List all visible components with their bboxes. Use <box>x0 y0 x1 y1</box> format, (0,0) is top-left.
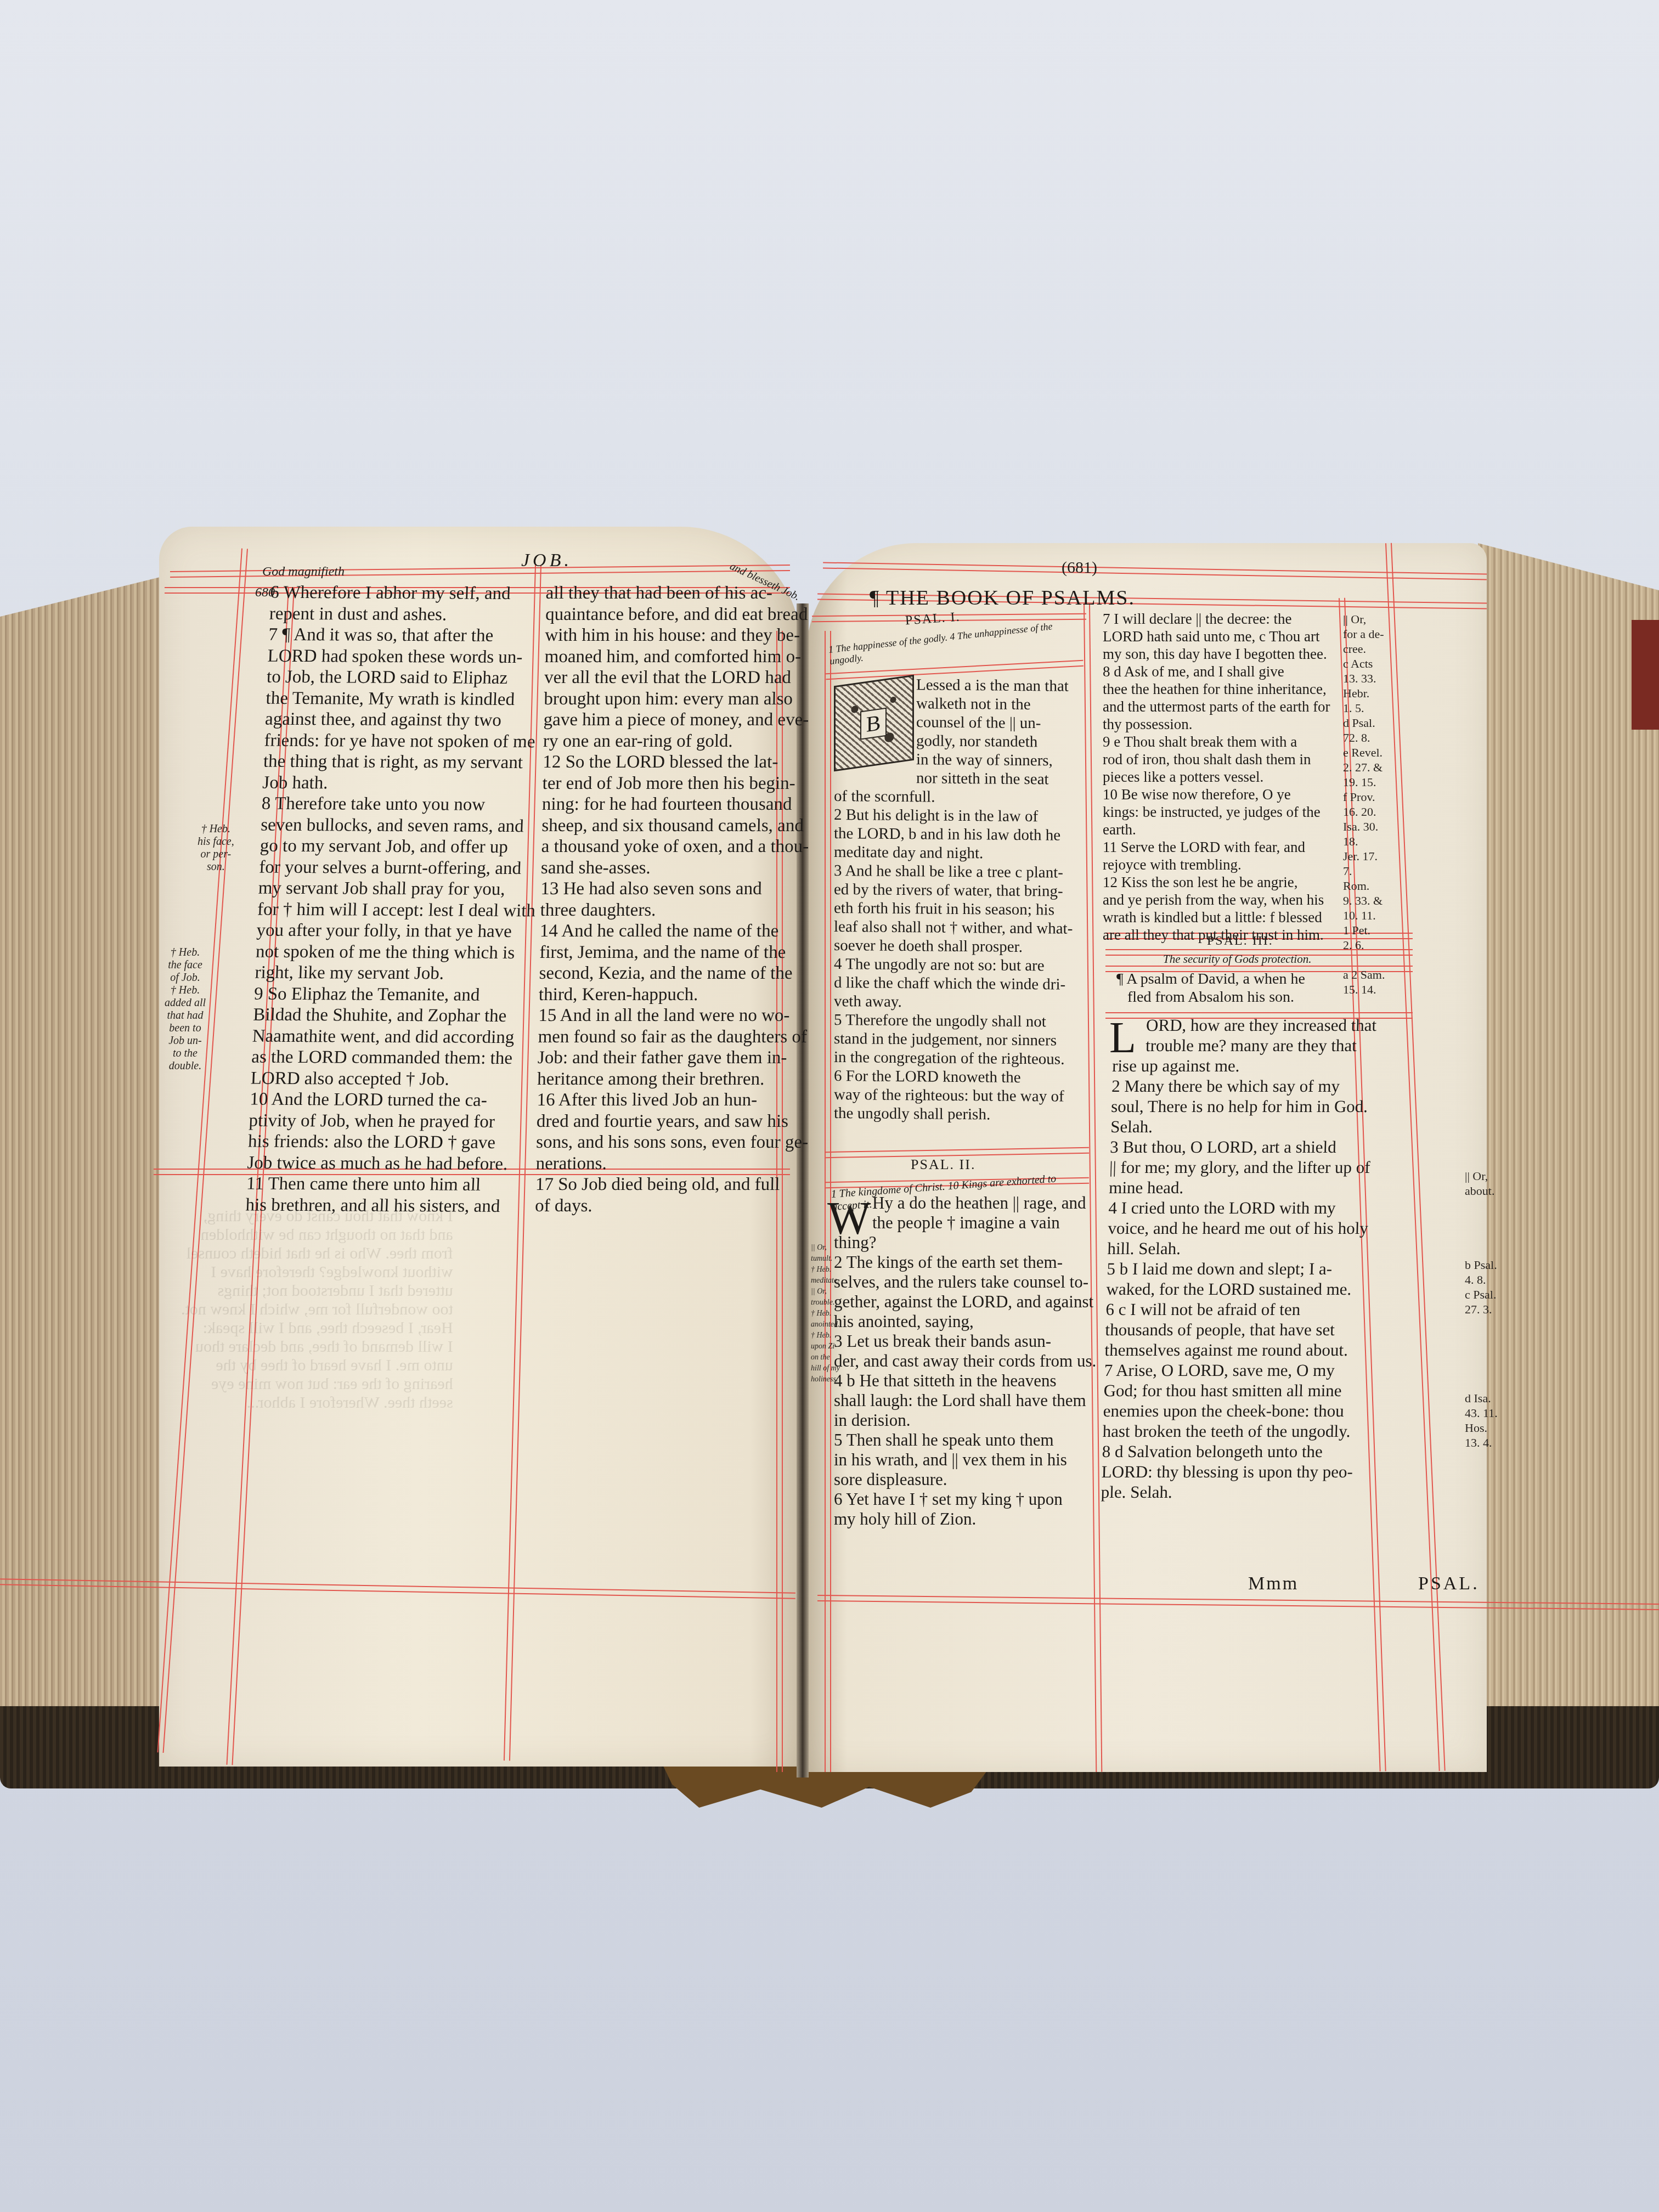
text-line: way of the righteous: but the way of <box>834 1085 1081 1106</box>
text-line: 5 Then shall he speak unto them <box>834 1430 1084 1450</box>
text-line: Bildad the Shuhite, and Zophar the <box>253 1005 528 1027</box>
text-line: Job twice as much as he had before. <box>247 1152 522 1175</box>
outer-margin-notes: || Or, for a de- cree. c Acts 13. 33. He… <box>1343 612 1385 997</box>
margin-note: † Heb. the face of Job. † Heb. added all… <box>165 946 206 1073</box>
text-line: themselves against me round about. <box>1104 1340 1478 1360</box>
text-line: gave him a piece of money, and eve- <box>543 709 802 731</box>
text-line: thing? <box>834 1233 1084 1252</box>
text-line: three daughters. <box>540 900 798 921</box>
text-line: to Job, the LORD said to Eliphaz <box>266 667 541 689</box>
text-line: counsel of the || un- <box>834 712 1081 733</box>
text-line: my holy hill of Zion. <box>834 1509 1084 1529</box>
page-number: (681) <box>1062 560 1097 576</box>
text-line: 10 And the LORD turned the ca- <box>250 1089 525 1111</box>
text-line: moaned him, and comforted him o- <box>544 646 803 668</box>
inner-margin-notes: || Or, tumult. † Heb. meditate. || Or, t… <box>811 1243 840 1385</box>
text-line: 5 b I laid me down and slept; I a- <box>1107 1259 1480 1279</box>
text-line: wrath is kindled but a little: f blessed <box>1103 909 1339 926</box>
text-line: 8 d Salvation belongeth unto the <box>1102 1441 1475 1462</box>
text-line: thy possession. <box>1103 715 1339 733</box>
text-line: the people † imagine a vain <box>834 1213 1084 1233</box>
text-line: of days. <box>535 1195 793 1217</box>
text-line: sons, and his sons sons, even four ge- <box>536 1132 794 1153</box>
text-line: in derision. <box>834 1410 1084 1430</box>
text-line: enemies upon the cheek-bone: thou <box>1103 1401 1476 1421</box>
text-line: pieces like a potters vessel. <box>1103 768 1339 786</box>
job-column-1: 6 Wherefore I abhor my self, andrepent i… <box>245 582 545 1217</box>
text-line: ORD, how are they increased that <box>1113 1015 1487 1035</box>
text-line: voice, and he heard me out of his holy <box>1108 1218 1481 1238</box>
text-line: 4 The ungodly are not so: but are <box>834 955 1081 975</box>
running-head-center: JOB. <box>521 551 572 570</box>
text-line: 11 Serve the LORD with fear, and <box>1103 838 1339 856</box>
text-line: 12 Kiss the son lest he be angrie, <box>1103 873 1339 891</box>
text-line: hast broken the teeth of the ungodly. <box>1102 1421 1476 1441</box>
text-line: friends: for ye have not spoken of me <box>264 730 539 752</box>
text-line: 7 I will declare || the decree: the <box>1103 610 1339 628</box>
text-line: rise up against me. <box>1112 1056 1486 1076</box>
text-line: right, like my servant Job. <box>255 962 530 985</box>
psalm-2-text: Hy a do the heathen || rage, andthe peop… <box>834 1193 1084 1529</box>
text-line: in his wrath, and || vex them in his <box>834 1450 1084 1470</box>
text-line: 11 Then came there unto him all <box>246 1173 521 1196</box>
text-line: 12 So the LORD blessed the lat- <box>543 752 801 773</box>
psalm-title: ¶ A psalm of David, a when he fled from … <box>1116 970 1305 1006</box>
text-line: hill. Selah. <box>1107 1238 1481 1259</box>
text-line: 5 Therefore the ungodly shall not <box>834 1011 1081 1031</box>
catchword: PSAL. <box>1418 1575 1480 1593</box>
text-line: soul, There is no help for him in God. <box>1111 1096 1485 1116</box>
text-line: 17 So Job died being old, and full <box>535 1174 794 1195</box>
text-line: the Temanite, My wrath is kindled <box>266 687 541 710</box>
text-line: 2 But his delight is in the law of <box>834 805 1081 826</box>
text-line: veth away. <box>834 992 1081 1013</box>
text-line: gether, against the LORD, and against <box>834 1292 1084 1312</box>
text-line: Job hath. <box>262 772 538 794</box>
book-title: ¶ THE BOOK OF PSALMS. <box>870 586 1135 610</box>
text-line: 16 After this lived Job an hun- <box>537 1090 795 1111</box>
text-line: 9 So Eliphaz the Temanite, and <box>253 983 529 1006</box>
text-line: ning: for he had fourteen thousand <box>542 794 800 815</box>
text-line: Job: and their father gave them in- <box>538 1047 796 1069</box>
text-line: 10 Be wise now therefore, O ye <box>1103 786 1339 803</box>
outer-margin-notes-lower: || Or, about. b Psal. 4. 8. c Psal. 27. … <box>1465 1169 1498 1450</box>
text-line: ple. Selah. <box>1101 1482 1474 1502</box>
text-line: ptivity of Job, when he prayed for <box>249 1110 524 1132</box>
text-line: rod of iron, thou shalt dash them in <box>1103 751 1339 768</box>
text-line: Selah. <box>1110 1116 1484 1137</box>
text-line: stand in the judgement, nor sinners <box>834 1029 1081 1050</box>
text-line: you after your folly, in that ye have <box>256 920 532 943</box>
bleed-through-text: I know that thou canst do every thing, a… <box>181 1207 453 1412</box>
text-line: selves, and the rulers take counsel to- <box>834 1272 1084 1292</box>
text-line: 3 But thou, O LORD, art a shield <box>1110 1137 1483 1157</box>
signature-mark: Mmm <box>1248 1575 1299 1593</box>
text-line: the thing that is right, as my servant <box>263 751 538 774</box>
left-page-block-edge <box>0 571 187 1723</box>
text-line: 6 For the LORD knoweth the <box>834 1066 1081 1087</box>
text-line: mine head. <box>1109 1177 1482 1198</box>
text-line: kings: be instructed, ye judges of the <box>1103 803 1339 821</box>
text-line: LORD: thy blessing is upon thy peo- <box>1101 1462 1475 1482</box>
text-line: his anointed, saying, <box>834 1312 1084 1331</box>
text-line: walketh not in the <box>834 693 1081 714</box>
text-line: in the way of sinners, <box>834 749 1081 770</box>
text-line: my son, this day have I begotten thee. <box>1103 645 1339 663</box>
text-line: 14 And he called the name of the <box>540 921 798 942</box>
job-column-2: all they that had been of his ac-quainta… <box>535 583 804 1216</box>
text-line: Hy a do the heathen || rage, and <box>834 1193 1084 1213</box>
text-line: 6 Wherefore I abhor my self, and <box>270 582 545 605</box>
text-line: for † him will I accept: lest I deal wit… <box>257 899 532 921</box>
text-line: brought upon him: every man also <box>544 689 802 710</box>
text-line: the LORD, b and in his law doth he <box>834 824 1081 845</box>
text-line: der, and cast away their cords from us. <box>834 1351 1084 1371</box>
text-line: ver all the evil that the LORD had <box>544 667 803 689</box>
text-line: 4 I cried unto the LORD with my <box>1108 1198 1482 1218</box>
text-line: leaf also shall not † wither, and what- <box>834 917 1081 938</box>
red-cover-corner <box>1632 620 1659 730</box>
text-line: || for me; my glory, and the lifter up o… <box>1109 1157 1483 1177</box>
text-line: 4 b He that sitteth in the heavens <box>834 1371 1084 1391</box>
text-line: a thousand yoke of oxen, and a thou- <box>541 836 799 857</box>
text-line: 13 He had also seven sons and <box>540 878 799 900</box>
text-line: ed by the rivers of water, that bring- <box>834 880 1081 901</box>
text-line: 2 The kings of the earth set them- <box>834 1252 1084 1272</box>
text-line: 3 And he shall be like a tree c plant- <box>834 861 1081 882</box>
text-line: go to my servant Job, and offer up <box>259 836 535 858</box>
text-line: shall laugh: the Lord shall have them <box>834 1391 1084 1410</box>
psalm-argument: The security of Gods protection. <box>1163 952 1311 966</box>
text-line: not spoken of me the thing which is <box>255 941 531 963</box>
text-line: first, Jemima, and the name of the <box>539 942 798 963</box>
text-line: 6 c I will not be afraid of ten <box>1105 1299 1479 1319</box>
psalm-3-text: ORD, how are they increased thattrouble … <box>1101 1015 1486 1502</box>
text-line: my servant Job shall pray for you, <box>258 878 533 900</box>
text-line: for your selves a burnt-offering, and <box>259 856 534 879</box>
text-line: 7 Arise, O LORD, save me, O my <box>1104 1360 1477 1380</box>
text-line: repent in dust and ashes. <box>269 603 544 625</box>
text-line: against thee, and against thy two <box>264 709 540 731</box>
text-line: ry one an ear-ring of gold. <box>543 731 802 752</box>
text-line: heritance among their brethren. <box>537 1069 795 1090</box>
text-line: of the scornfull. <box>834 787 1081 808</box>
text-line: 15 And in all the land were no wo- <box>538 1005 797 1026</box>
text-line: LORD hath said unto me, c Thou art <box>1103 628 1339 645</box>
text-line: as the LORD commanded them: the <box>251 1047 527 1069</box>
text-line: third, Keren-happuch. <box>539 984 797 1006</box>
text-line: 6 Yet have I † set my king † upon <box>834 1489 1084 1509</box>
margin-note: † Heb. his face, or per- son. <box>198 823 234 873</box>
text-line: ter end of Job more then his begin- <box>542 773 800 794</box>
text-line: men found so fair as the daughters of <box>538 1026 796 1048</box>
text-line: nor sitteth in the seat <box>834 768 1081 789</box>
text-line: LORD had spoken these words un- <box>267 645 543 668</box>
text-line: in the congregation of the righteous. <box>834 1048 1081 1069</box>
text-line: his friends: also the LORD † gave <box>247 1131 523 1154</box>
text-line: soever he doeth shall prosper. <box>834 936 1081 957</box>
text-line: sore displeasure. <box>834 1470 1084 1489</box>
text-line: 8 d Ask of me, and I shall give <box>1103 663 1339 680</box>
text-line: 7 ¶ And it was so, that after the <box>268 624 544 647</box>
text-line: rejoyce with trembling. <box>1103 856 1339 873</box>
text-line: 9 e Thou shalt break them with a <box>1103 733 1339 751</box>
text-line: thousands of people, that have set <box>1105 1319 1479 1340</box>
text-line: thee the heathen for thine inheritance, <box>1103 680 1339 698</box>
text-line: godly, nor standeth <box>834 731 1081 752</box>
psalm-heading: PSAL. III. <box>1207 934 1273 949</box>
text-line: sand she-asses. <box>541 857 799 879</box>
text-line: meditate day and night. <box>834 843 1081 864</box>
psalm-heading: PSAL. II. <box>911 1156 975 1173</box>
text-line: trouble me? many are they that <box>1113 1035 1486 1056</box>
text-line: dred and fourtie years, and saw his <box>537 1111 795 1132</box>
text-line: with him in his house: and they be- <box>545 625 803 646</box>
text-line: and the uttermost parts of the earth for <box>1103 698 1339 715</box>
text-line: the ungodly shall perish. <box>834 1104 1081 1125</box>
text-line: and ye perish from the way, when his <box>1103 891 1339 909</box>
text-line: quaintance before, and did eat bread <box>545 604 804 625</box>
text-line: nerations. <box>535 1153 794 1175</box>
text-line: second, Kezia, and the name of the <box>539 963 797 984</box>
psalm-2-continued-text: 7 I will declare || the decree: theLORD … <box>1103 610 1339 944</box>
text-line: d like the chaff which the winde dri- <box>834 973 1081 994</box>
text-line: sheep, and six thousand camels, and <box>541 815 800 837</box>
text-line: earth. <box>1103 821 1339 838</box>
text-line: God; for thou hast smitten all mine <box>1103 1380 1477 1401</box>
text-line: seven bullocks, and seven rams, and <box>261 814 536 837</box>
running-head-left: God magnifieth <box>262 565 345 578</box>
text-line: 2 Many there be which say of my <box>1111 1076 1485 1096</box>
text-line: waked, for the LORD sustained me. <box>1106 1279 1480 1299</box>
text-line: 8 Therefore take unto you now <box>261 793 537 816</box>
psalm-1-text: Lessed a is the man thatwalketh not in t… <box>834 675 1081 1125</box>
text-line: eth forth his fruit in his season; his <box>834 899 1081 919</box>
text-line: LORD also accepted † Job. <box>250 1068 526 1090</box>
text-line: his brethren, and all his sisters, and <box>245 1194 521 1217</box>
text-line: Lessed a is the man that <box>834 675 1081 696</box>
text-line: 3 Let us break their bands asun- <box>834 1331 1084 1351</box>
text-line: all they that had been of his ac- <box>545 583 804 604</box>
text-line: Naamathite went, and did according <box>252 1025 527 1048</box>
